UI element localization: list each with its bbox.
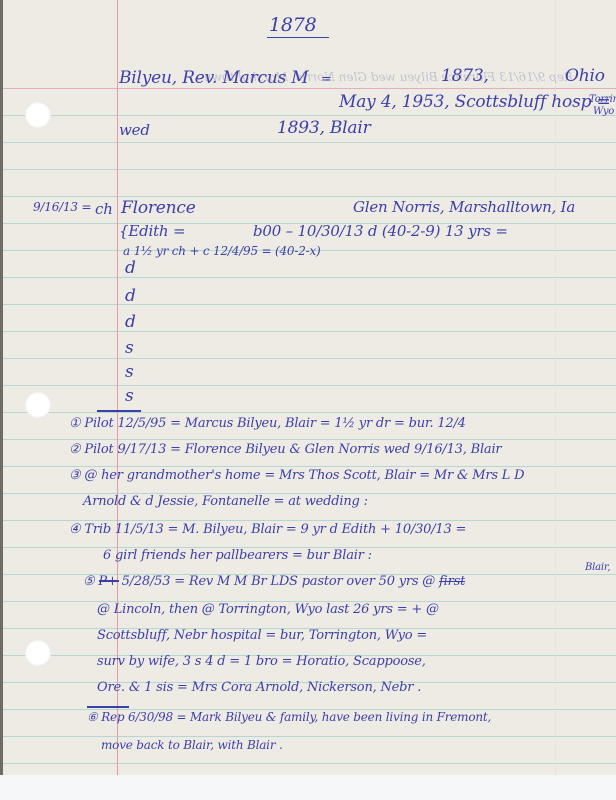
child-marker: d [125, 286, 136, 306]
wed-label: wed [119, 121, 150, 139]
note-5-superscript: Blair, [585, 562, 610, 573]
died-date-place: May 4, 1953, Scottsbluff hosp = [339, 92, 611, 112]
child-marker: s [125, 386, 134, 406]
child-marker: d [125, 312, 136, 332]
note-number: ① [69, 416, 80, 431]
child-florence: Florence [121, 198, 196, 218]
rule-line [3, 439, 616, 440]
rule-line [3, 115, 616, 116]
title-underline [267, 37, 329, 38]
note-6-cont: move back to Blair, with Blair . [101, 738, 283, 752]
rule-line [3, 304, 616, 305]
punch-hole [25, 640, 51, 666]
note-text: P+ 5/28/53 = Rev M M Br LDS pastor over … [98, 574, 435, 589]
note-1: ① Pilot 12/5/95 = Marcus Bilyeu, Blair =… [69, 416, 466, 431]
rule-line [3, 412, 616, 413]
child-marker: s [125, 362, 134, 382]
rule-line [3, 142, 616, 143]
note-3-cont: Arnold & d Jessie, Fontanelle = at weddi… [83, 494, 368, 509]
note-text: Rep 6/30/98 = Mark Bilyeu & family, have… [101, 710, 491, 724]
child-florence-spouse: Glen Norris, Marshalltown, Ia [353, 198, 575, 216]
page-title: 1878 [269, 14, 317, 36]
scan-background [0, 775, 616, 800]
born-place: Ohio [565, 66, 605, 86]
note-5-cont-1: @ Lincoln, then @ Torrington, Wyo last 2… [97, 602, 439, 617]
child-marker: s [125, 338, 134, 358]
rule-line [3, 358, 616, 359]
struck-word: first [439, 574, 465, 589]
rule-line [3, 520, 616, 521]
note-5-cont-4: Ore. & 1 sis = Mrs Cora Arnold, Nickerso… [97, 680, 421, 695]
note-2: ② Pilot 9/17/13 = Florence Bilyeu & Glen… [69, 442, 501, 457]
note-text: @ her grandmother's home = Mrs Thos Scot… [84, 468, 524, 483]
note-text: Pilot 9/17/13 = Florence Bilyeu & Glen N… [84, 442, 501, 457]
section-divider [97, 410, 141, 412]
child-edith-dates: b00 – 10/30/13 d (40-2-9) 13 yrs = [253, 222, 508, 240]
children-label: ch [95, 200, 113, 218]
note-3: ③ @ her grandmother's home = Mrs Thos Sc… [69, 468, 524, 483]
rule-line [3, 169, 616, 170]
rule-line [3, 466, 616, 467]
rule-line [3, 763, 616, 764]
note-number: ⑤ [83, 574, 94, 589]
born-marker: = [321, 72, 332, 87]
rule-line [3, 331, 616, 332]
margin-line-right [555, 0, 556, 775]
note-number: ⑥ [87, 710, 98, 724]
punch-hole [25, 102, 51, 128]
section-divider [87, 706, 129, 708]
notebook-page: Rep 9/16/13 Florence Bilyeu wed Glen Nor… [0, 0, 616, 775]
note-number: ② [69, 442, 80, 457]
note-text: Arnold & d Jessie, Fontanelle = at weddi… [83, 494, 368, 509]
child-edith-note: a 1½ yr ch + c 12/4/95 = (40-2-x) [123, 244, 321, 258]
rule-line [3, 277, 616, 278]
rule-line [3, 88, 616, 89]
note-text: Ore. & 1 sis = Mrs Cora Arnold, Nickerso… [97, 680, 421, 695]
note-6: ⑥ Rep 6/30/98 = Mark Bilyeu & family, ha… [87, 710, 491, 724]
note-4: ④ Trib 11/5/13 = M. Bilyeu, Blair = 9 yr… [69, 522, 466, 537]
person-name: Bilyeu, Rev. Marcus M [119, 68, 309, 88]
punch-hole [25, 392, 51, 418]
born-year: 1873, [441, 66, 489, 86]
child-edith: {Edith = [119, 222, 185, 240]
note-text: @ Lincoln, then @ Torrington, Wyo last 2… [97, 602, 439, 617]
note-5-cont-2: Scottsbluff, Nebr hospital = bur, Torrin… [97, 628, 427, 643]
note-4-cont: 6 girl friends her pallbearers = bur Bla… [103, 548, 372, 563]
child-marker: d [125, 258, 136, 278]
rule-line [3, 196, 616, 197]
wed-date-place: 1893, Blair [277, 118, 371, 138]
note-number: ④ [69, 522, 80, 537]
note-text: Scottsbluff, Nebr hospital = bur, Torrin… [97, 628, 427, 643]
died-place-line1: Torrington [589, 94, 616, 105]
note-5-cont-3: surv by wife, 3 s 4 d = 1 bro = Horatio,… [97, 654, 426, 669]
children-date: 9/16/13 = [33, 200, 91, 214]
note-text: surv by wife, 3 s 4 d = 1 bro = Horatio,… [97, 654, 426, 669]
note-text: Trib 11/5/13 = M. Bilyeu, Blair = 9 yr d… [84, 522, 466, 537]
note-number: ③ [69, 468, 80, 483]
died-place-line2: Wyo [593, 106, 614, 117]
note-text: move back to Blair, with Blair . [101, 738, 283, 752]
rule-line [3, 385, 616, 386]
rule-line [3, 736, 616, 737]
note-text: Pilot 12/5/95 = Marcus Bilyeu, Blair = 1… [84, 416, 465, 431]
note-text: 6 girl friends her pallbearers = bur Bla… [103, 548, 372, 563]
note-5: ⑤ P+ 5/28/53 = Rev M M Br LDS pastor ove… [83, 574, 465, 589]
